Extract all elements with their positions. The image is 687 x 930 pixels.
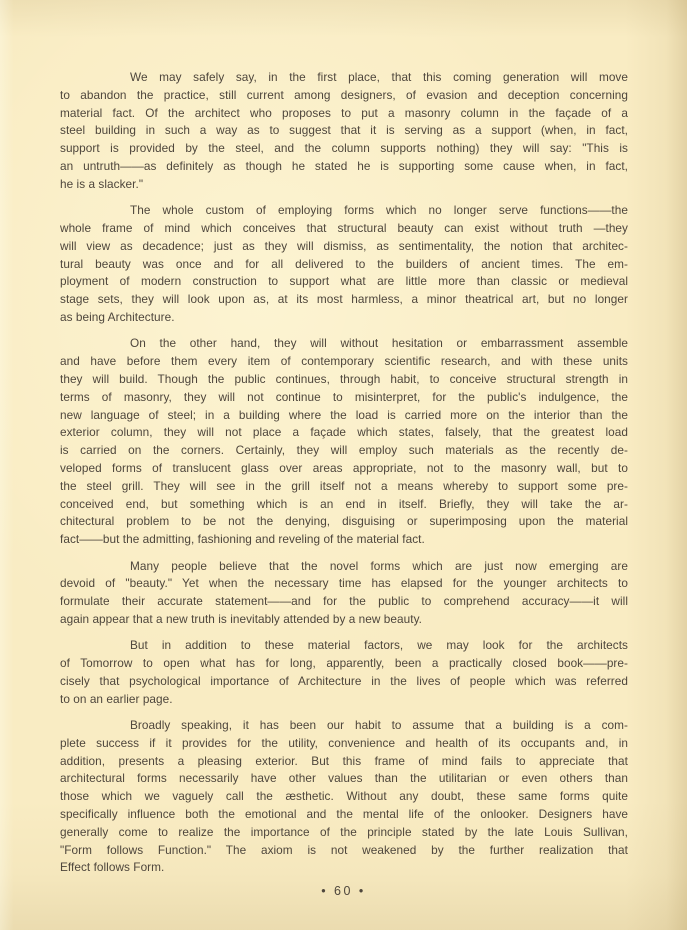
- text-line: steel building in such a way as to sugge…: [60, 122, 628, 140]
- text-line: terms of masonry, they will not continue…: [60, 389, 628, 407]
- text-line: the steel grill. They will see in the gr…: [60, 478, 628, 496]
- text-line: But in addition to these material factor…: [60, 637, 628, 655]
- text-line: We may safely say, in the first place, t…: [60, 69, 628, 87]
- text-line: fact——but the admitting, fashioning and …: [60, 531, 628, 549]
- page-number: • 60 •: [0, 884, 687, 898]
- text-line: tural beauty was once and for all delive…: [60, 256, 628, 274]
- text-line: new language of steel; in a building whe…: [60, 407, 628, 425]
- text-line: to on an earlier page.: [60, 691, 628, 709]
- text-line: On the other hand, they will without hes…: [60, 335, 628, 353]
- text-line: again appear that a new truth is inevita…: [60, 611, 628, 629]
- text-line: exterior column, they will not place a f…: [60, 424, 628, 442]
- text-line: stage sets, they will look upon as, at i…: [60, 291, 628, 309]
- text-line: they will build. Though the public conti…: [60, 371, 628, 389]
- text-line: material fact. Of the architect who prop…: [60, 105, 628, 123]
- text-line: will view as decadence; just as they wil…: [60, 238, 628, 256]
- text-block: We may safely say, in the first place, t…: [60, 69, 628, 877]
- text-line: Broadly speaking, it has been our habit …: [60, 717, 628, 735]
- text-line: "Form follows Function." The axiom is no…: [60, 842, 628, 860]
- text-line: devoid of "beauty." Yet when the necessa…: [60, 575, 628, 593]
- text-line: those which we vaguely call the æsthetic…: [60, 788, 628, 806]
- text-line: The whole custom of employing forms whic…: [60, 202, 628, 220]
- text-line: architectural forms necessarily have oth…: [60, 770, 628, 788]
- paragraph: We may safely say, in the first place, t…: [60, 69, 628, 194]
- text-line: cisely that psychological importance of …: [60, 673, 628, 691]
- text-line: specifically influence both the emotiona…: [60, 806, 628, 824]
- paragraph: On the other hand, they will without hes…: [60, 335, 628, 549]
- text-line: Effect follows Form.: [60, 859, 628, 877]
- text-line: an untruth——as definitely as though he s…: [60, 158, 628, 176]
- paragraph: The whole custom of employing forms whic…: [60, 202, 628, 327]
- text-line: whole frame of mind which conceives that…: [60, 220, 628, 238]
- text-line: addition, presents a pleasing exterior. …: [60, 753, 628, 771]
- text-line: ployment of modern construction to suppo…: [60, 273, 628, 291]
- text-line: conceived end, but something which is an…: [60, 496, 628, 514]
- text-line: veloped forms of translucent glass over …: [60, 460, 628, 478]
- text-line: to abandon the practice, still current a…: [60, 87, 628, 105]
- book-page: We may safely say, in the first place, t…: [0, 0, 687, 930]
- paragraph: Broadly speaking, it has been our habit …: [60, 717, 628, 877]
- text-line: and have before them every item of conte…: [60, 353, 628, 371]
- text-line: support is provided by the steel, and th…: [60, 140, 628, 158]
- text-line: of Tomorrow to open what has for long, a…: [60, 655, 628, 673]
- text-line: he is a slacker.": [60, 176, 628, 194]
- text-line: chitectural problem to be not the denyin…: [60, 513, 628, 531]
- paragraph: But in addition to these material factor…: [60, 637, 628, 708]
- paragraph: Many people believe that the novel forms…: [60, 558, 628, 629]
- text-line: as being Architecture.: [60, 309, 628, 327]
- text-line: generally come to realize the importance…: [60, 824, 628, 842]
- text-line: plete success if it provides for the uti…: [60, 735, 628, 753]
- text-line: is carried on the corners. Certainly, th…: [60, 442, 628, 460]
- text-line: Many people believe that the novel forms…: [60, 558, 628, 576]
- text-line: formulate their accurate statement——and …: [60, 593, 628, 611]
